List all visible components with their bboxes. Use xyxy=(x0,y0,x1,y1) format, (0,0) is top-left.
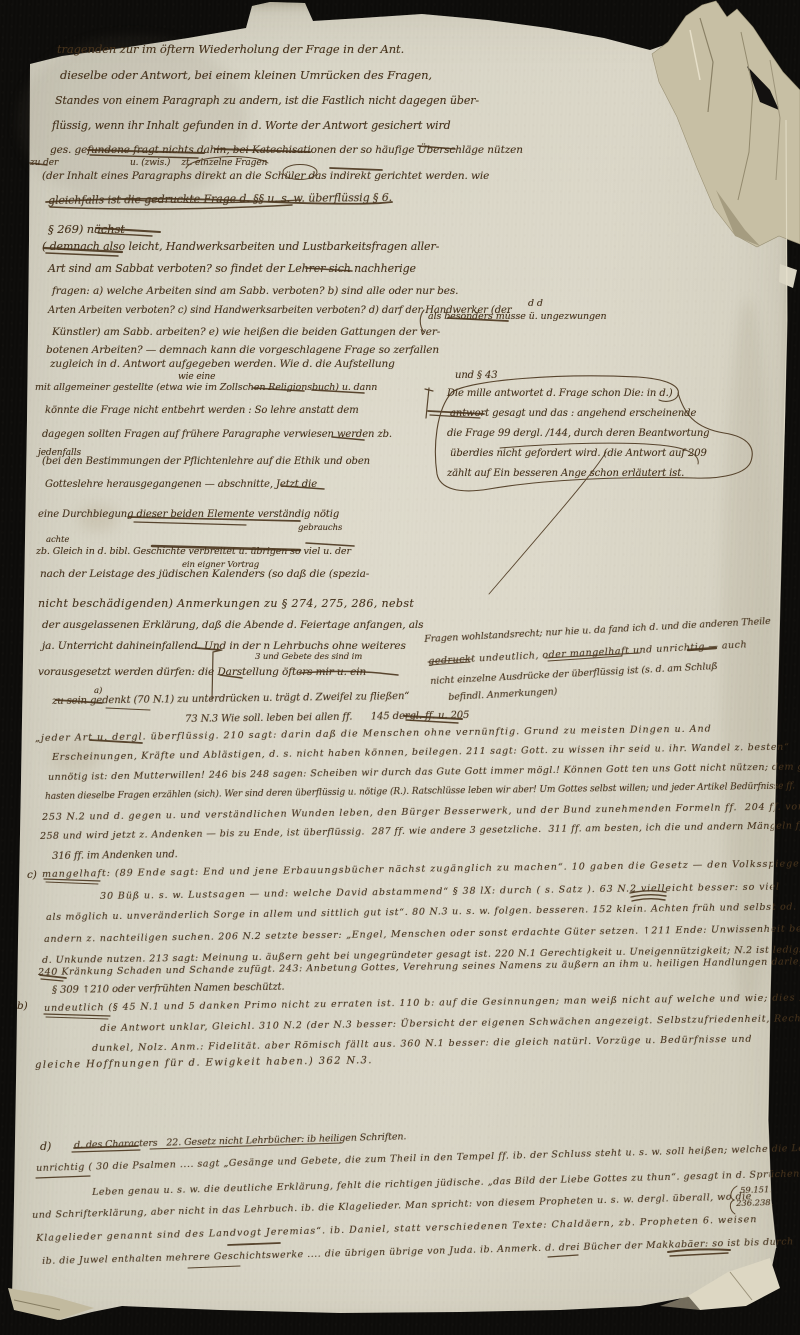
handwriting-line: tragenden zur im öftern Wiederholung der… xyxy=(57,42,404,56)
handwriting-line: Standes von einem Paragraph zu andern, i… xyxy=(55,94,479,107)
list-marker-c: c) xyxy=(27,869,37,881)
handwriting-line: 316 ff. im Andenken und. xyxy=(52,849,178,862)
bubble-line: Die mille antwortet d. Frage schon Die: … xyxy=(447,388,673,399)
handwriting-insertion: gebrauchs xyxy=(298,523,342,533)
bubble-line: die Frage 99 dergl. /144, durch deren Be… xyxy=(447,428,709,439)
handwriting-line: (bei den Bestimmungen der Pflichtenlehre… xyxy=(42,456,370,467)
side-reference: 236.238. xyxy=(736,1198,773,1209)
handwriting-line: botenen Arbeiten? — demnach kann die vor… xyxy=(46,344,439,356)
handwriting-line: nicht beschädigenden) Anmerkungen zu § 2… xyxy=(38,597,414,610)
bubble-line: zählt auf Ein besseren Ange schon erläut… xyxy=(447,468,684,479)
scanned-manuscript: 3 tragenden zur im öftern Wiederholung d… xyxy=(0,0,800,1335)
handwriting-line: fragen: a) welche Arbeiten sind am Sabb.… xyxy=(52,285,458,297)
side-reference: 59.151. xyxy=(740,1185,772,1196)
bubble-line: antwort gesagt und das : angehend ersche… xyxy=(450,408,696,419)
handwriting-line: dieselbe oder Antwort, bei einem kleinen… xyxy=(60,68,432,82)
margin-mark: d d xyxy=(528,298,543,309)
handwriting-line: dagegen sollten Fragen auf frühere Parag… xyxy=(42,429,392,440)
handwriting-line: der ausgelassenen Erklärung, daß die Abe… xyxy=(42,619,423,631)
handwriting-line: ( demnach also leicht, Handwerksarbeiten… xyxy=(42,240,439,253)
handwriting-line: mit allgemeiner gestellte (etwa wie im Z… xyxy=(35,382,377,393)
handwriting-line: Art sind am Sabbat verboten? so findet d… xyxy=(48,262,416,275)
bubble-line: überdies nicht gefordert wird. (die Antw… xyxy=(450,448,707,459)
section-mark-269: § 269) nächst xyxy=(48,222,125,236)
handwriting-line: (der Inhalt eines Paragraphs direkt an d… xyxy=(42,170,489,182)
handwriting-line: könnte die Frage nicht entbehrt werden :… xyxy=(45,405,359,416)
handwriting-line: Gotteslehre herausgegangenen — abschnitt… xyxy=(45,479,317,490)
handwriting-line: zb. Gleich in d. bibl. Geschichte verbre… xyxy=(36,546,351,557)
page-number: 3 xyxy=(696,24,708,45)
handwriting-line: eine Durchbiegung dieser beiden Elemente… xyxy=(38,509,339,520)
handwriting-line: ges. gefundene fragt nichts dahin, bei K… xyxy=(50,144,523,156)
handwriting-insertion: wie eine xyxy=(178,372,215,382)
handwriting-line: zugleich in d. Antwort aufgegeben werden… xyxy=(50,358,395,370)
bubble-heading: und § 43 xyxy=(455,370,498,381)
handwriting-line: Künstler) am Sabb. arbeiten? e) wie heiß… xyxy=(52,326,440,338)
handwriting-line: nach der Leistage des jüdischen Kalender… xyxy=(40,568,369,580)
handwriting-line: ja. Unterricht dahineinfallend. Und in d… xyxy=(42,640,406,652)
handwriting-insertion: achte xyxy=(46,535,69,545)
handwriting-insertion: 3 und Gebete des sind im xyxy=(255,652,362,662)
handwriting-insertion: zu der u. (zwis.) zt. einzelne Fragen xyxy=(30,158,267,168)
handwriting-line: flüssig, wenn ihr Inhalt gefunden in d. … xyxy=(52,119,451,132)
margin-note: als besonders müsse ü. ungezwungen xyxy=(428,311,607,322)
list-marker-d: d) xyxy=(40,1140,51,1153)
list-marker-b: b) xyxy=(17,1000,28,1012)
handwriting-line: vorausgesetzt werden dürfen: die Darstel… xyxy=(38,666,366,678)
